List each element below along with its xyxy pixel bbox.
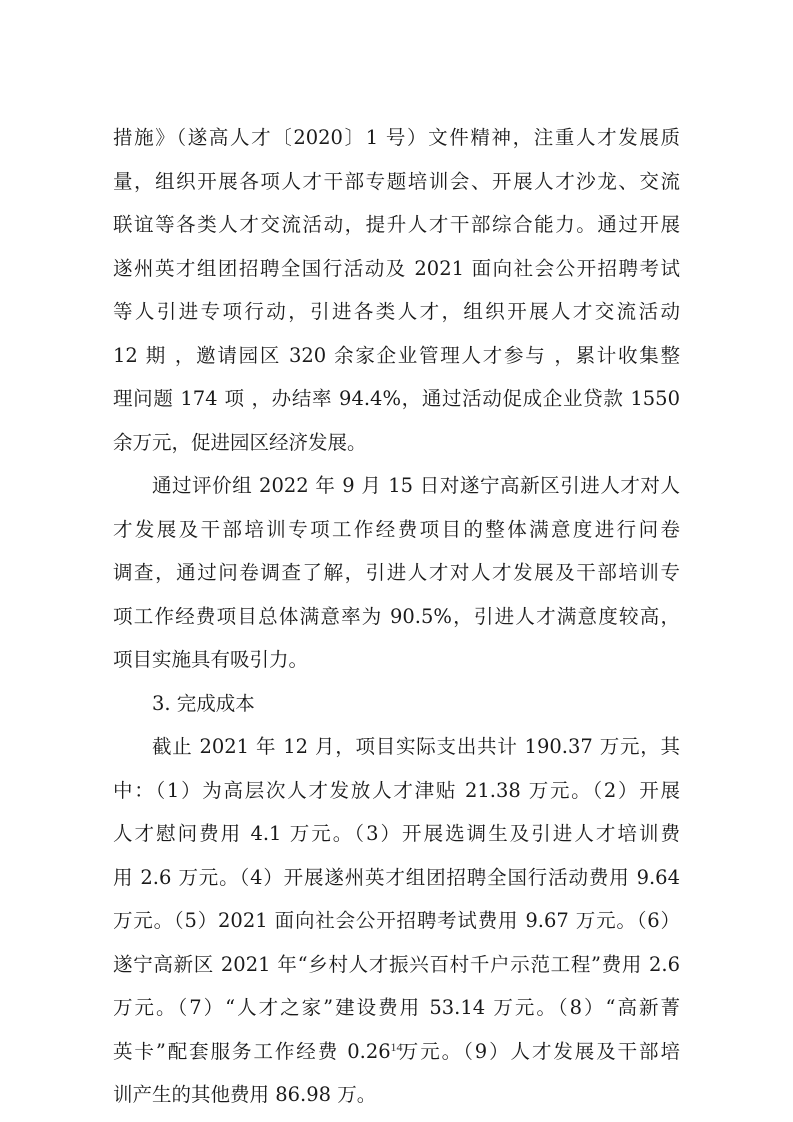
text-line: 联谊等各类人才交流活动，提升人才干部综合能力。通过开展 bbox=[113, 203, 680, 247]
text-line: 人才慰问费用 4.1 万元。（3）开展选调生及引进人才培训费 bbox=[113, 812, 680, 856]
page-body: 措施》（遂高人才〔2020〕1 号）文件精神，注重人才发展质 量，组织开展各项人… bbox=[113, 116, 680, 1117]
text-line: 万元。（5）2021 面向社会公开招聘考试费用 9.67 万元。（6） bbox=[113, 899, 680, 943]
text-line: 项目实施具有吸引力。 bbox=[113, 638, 680, 682]
text-line: 项工作经费项目总体满意率为 90.5%，引进人才满意度较高， bbox=[113, 595, 680, 639]
text-line: 训产生的其他费用 86.98 万。 bbox=[113, 1073, 680, 1117]
text-line: 等人引进专项行动，引进各类人才，组织开展人才交流活动 bbox=[113, 290, 680, 334]
text-line: 12 期 ，邀请园区 320 余家企业管理人才参与 ，累计收集整 bbox=[113, 334, 680, 378]
text-line: 遂宁高新区 2021 年“乡村人才振兴百村千户示范工程”费用 2.6 bbox=[113, 943, 680, 987]
text-line: 万元。（7）“人才之家”建设费用 53.14 万元。（8）“高新菁 bbox=[113, 986, 680, 1030]
text-line: 量，组织开展各项人才干部专题培训会、开展人才沙龙、交流 bbox=[113, 160, 680, 204]
paragraph-cost-breakdown: 截止 2021 年 12 月，项目实际支出共计 190.37 万元，其 中：（1… bbox=[113, 725, 680, 1117]
paragraph-satisfaction-survey: 通过评价组 2022 年 9 月 15 日对遂宁高新区引进人才对人 才发展及干部… bbox=[113, 464, 680, 682]
text-line: 措施》（遂高人才〔2020〕1 号）文件精神，注重人才发展质 bbox=[113, 116, 680, 160]
text-line: 用 2.6 万元。（4）开展遂州英才组团招聘全国行活动费用 9.64 bbox=[113, 856, 680, 900]
text-line: 通过评价组 2022 年 9 月 15 日对遂宁高新区引进人才对人 bbox=[113, 464, 680, 508]
text-line: 才发展及干部培训专项工作经费项目的整体满意度进行问卷 bbox=[113, 508, 680, 552]
text-line: 截止 2021 年 12 月，项目实际支出共计 190.37 万元，其 bbox=[113, 725, 680, 769]
text-line: 理问题 174 项 ，办结率 94.4%，通过活动促成企业贷款 1550 bbox=[113, 377, 680, 421]
text-line: 余万元，促进园区经济发展。 bbox=[113, 421, 680, 465]
section-heading-completion-cost: 3. 完成成本 bbox=[113, 682, 680, 726]
paragraph-talent-activities: 措施》（遂高人才〔2020〕1 号）文件精神，注重人才发展质 量，组织开展各项人… bbox=[113, 116, 680, 464]
text-line: 中：（1）为高层次人才发放人才津贴 21.38 万元。（2）开展 bbox=[113, 769, 680, 813]
text-line: 调查，通过问卷调查了解，引进人才对人才发展及干部培训专 bbox=[113, 551, 680, 595]
text-line: 遂州英才组团招聘全国行活动及 2021 面向社会公开招聘考试 bbox=[113, 247, 680, 291]
page-number: 14 bbox=[0, 1040, 793, 1055]
section-heading: 3. 完成成本 bbox=[113, 682, 680, 726]
